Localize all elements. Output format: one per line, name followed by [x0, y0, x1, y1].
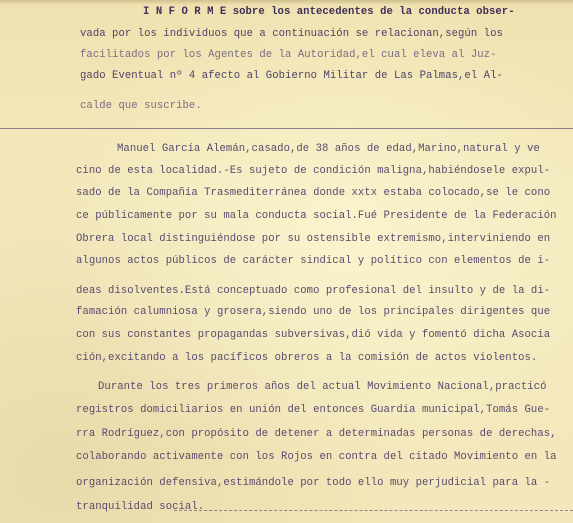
header-line: facilitados por los Agentes de la Autori…	[80, 48, 496, 62]
separator-rule	[0, 128, 573, 129]
body-line: cino de esta localidad.-Es sujeto de con…	[76, 164, 550, 178]
body-line: ción,excitando a los pacíficos obreros a…	[76, 351, 537, 365]
body-line: deas disolventes.Está conceptuado como p…	[76, 284, 550, 298]
body-line: rra Rodríguez,con propósito de detener a…	[76, 427, 557, 441]
closing-dash-rule	[174, 510, 573, 511]
body-line: Obrera local distinguiéndose por su oste…	[76, 232, 550, 246]
body-line: Manuel García Alemán,casado,de 38 años d…	[117, 142, 540, 156]
document-page: I N F O R M E sobre los antecedentes de …	[0, 0, 573, 523]
header-line: gado Eventual nº 4 afecto al Gobierno Mi…	[80, 69, 503, 83]
body-line: algunos actos públicos de carácter sindi…	[76, 254, 550, 268]
header-line: calde que suscribe.	[80, 99, 202, 113]
body-line: colaborando activamente con los Rojos en…	[76, 450, 557, 464]
body-line: Durante los tres primeros años del actua…	[98, 380, 547, 394]
body-line: famación calumniosa y grosera,siendo uno…	[76, 305, 550, 319]
report-title-line: I N F O R M E sobre los antecedentes de …	[143, 5, 515, 19]
body-line: con sus constantes propagandas subversiv…	[76, 328, 550, 342]
header-line: vada por los individuos que a continuaci…	[80, 27, 503, 41]
body-line: tranquilidad social.	[76, 500, 204, 514]
body-line: sado de la Compañía Trasmediterránea don…	[76, 186, 550, 200]
body-line: organización defensiva,estimándole por t…	[76, 476, 550, 490]
body-line: registros domiciliarios en unión del ent…	[76, 403, 550, 417]
body-line: ce públicamente por su mala conducta soc…	[76, 209, 557, 223]
